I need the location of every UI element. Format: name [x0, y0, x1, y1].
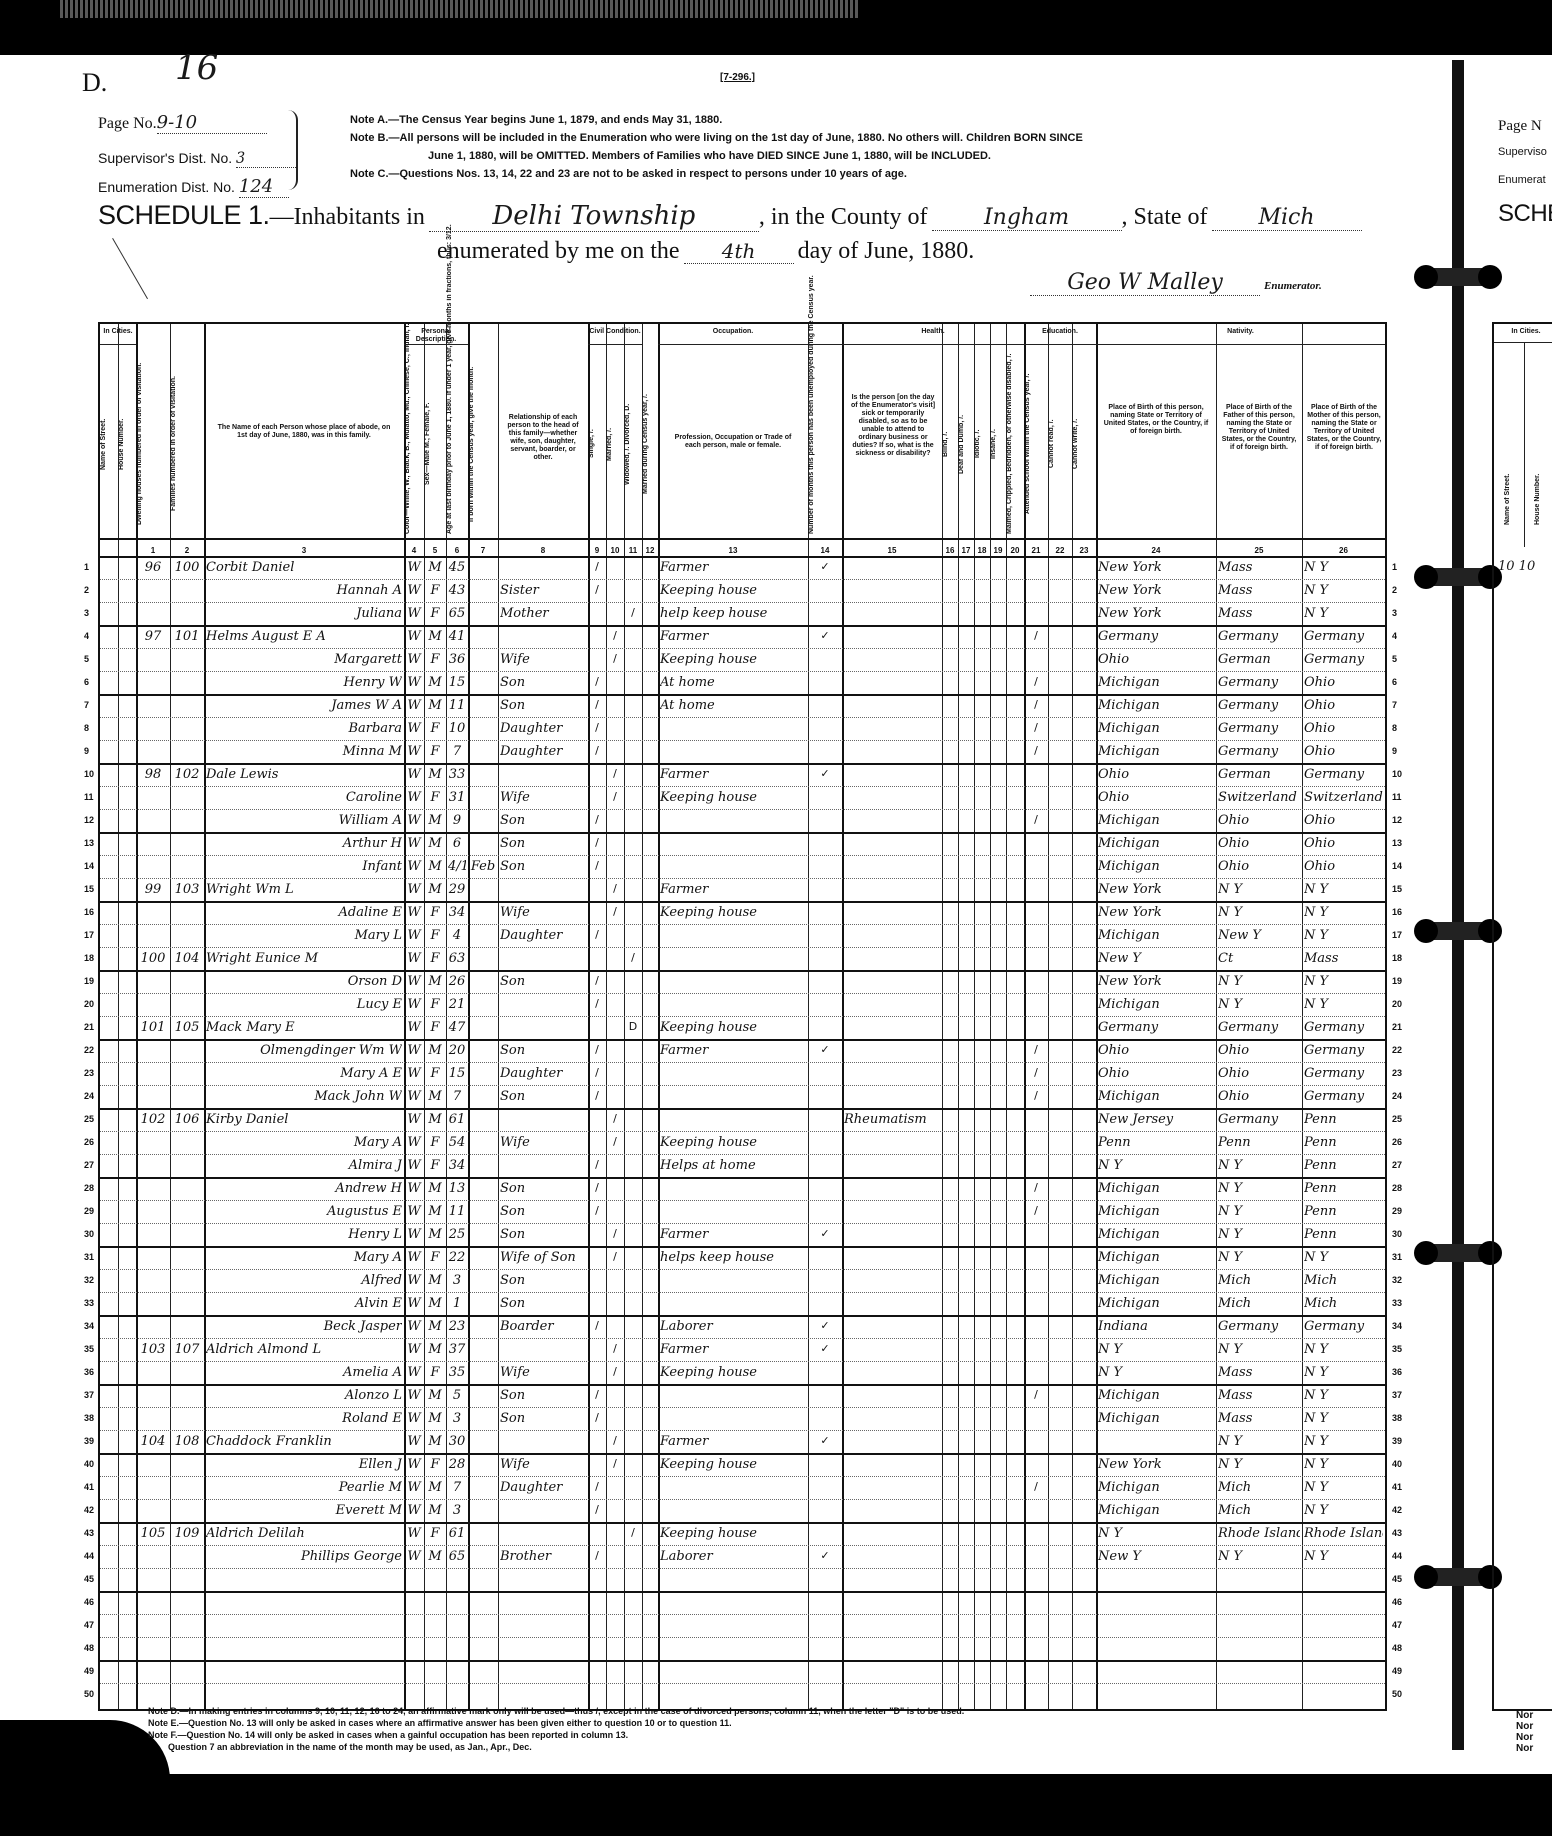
cell-birth: New York [1098, 974, 1214, 989]
divider [1494, 342, 1552, 343]
cell-sex: F [426, 928, 444, 943]
table-row: Mary A EWF15Daughter//OhioOhioGermany [100, 1062, 1385, 1085]
cell-rel: Brother [500, 1549, 586, 1564]
cell-mother: Ohio [1304, 813, 1383, 828]
cell-color: W [406, 1043, 422, 1058]
line-number: 39 [84, 1436, 94, 1446]
cell-birth: Michigan [1098, 675, 1214, 690]
cell-color: W [406, 652, 422, 667]
line-number: 32 [1392, 1275, 1402, 1285]
cell-father: Ohio [1218, 836, 1300, 851]
header-occupation-group: Occupation. [658, 328, 808, 336]
cell-widowed: / [626, 1526, 640, 1539]
cell-occupation: Farmer [660, 560, 806, 575]
header-family: Families numbered in order of visitation… [170, 354, 204, 534]
cell-rel: Boarder [500, 1319, 586, 1334]
cell-unemployed: ✓ [810, 1319, 840, 1332]
cell-father: Germany [1218, 721, 1300, 736]
cell-occupation: Farmer [660, 1434, 806, 1449]
cell-color: W [406, 721, 422, 736]
cell-rel: Mother [500, 606, 586, 621]
supervisor-field: Supervisor's Dist. No. 3 [98, 148, 296, 168]
line-number: 40 [1392, 1459, 1402, 1469]
scan-dark-corner [0, 1720, 170, 1836]
cell-name: Aldrich Delilah [206, 1526, 402, 1541]
cell-color: W [406, 1549, 422, 1564]
column-number: 19 [990, 546, 1006, 555]
cell-birth: Michigan [1098, 859, 1214, 874]
cell-age: 3 [448, 1411, 466, 1426]
cell-unemployed: ✓ [810, 1434, 840, 1447]
cell-name: Helms August E A [206, 629, 402, 644]
line-number: 11 [84, 792, 94, 802]
cell-sex: M [426, 629, 444, 644]
note-d: Note D.—In making entries in columns 9, … [148, 1706, 964, 1716]
cell-birth: Ohio [1098, 767, 1214, 782]
cell-birth: Michigan [1098, 997, 1214, 1012]
line-number: 25 [84, 1114, 94, 1124]
form-number: [7-296.] [720, 72, 755, 83]
next-enum-label: Enumerat [1498, 174, 1546, 186]
cell-family: 106 [172, 1112, 202, 1127]
cell-rel: Wife [500, 1365, 586, 1380]
line-number: 49 [1392, 1666, 1402, 1676]
cell-age: 33 [448, 767, 466, 782]
header-in-cities: In Cities. [100, 328, 136, 336]
cell-father: Ohio [1218, 859, 1300, 874]
cell-age: 31 [448, 790, 466, 805]
cell-name: Everett M [206, 1503, 402, 1518]
header-occupation: Profession, Occupation or Trade of each … [666, 434, 800, 450]
cell-birth: Michigan [1098, 1204, 1214, 1219]
cell-name: Arthur H [206, 836, 402, 851]
cell-rel: Daughter [500, 1066, 586, 1081]
line-number: 38 [84, 1413, 94, 1423]
cell-married: / [608, 1227, 622, 1240]
cell-birth: Michigan [1098, 698, 1214, 713]
cell-age: 11 [448, 698, 466, 713]
cell-sex: M [426, 1043, 444, 1058]
cell-color: W [406, 1181, 422, 1196]
line-number: 15 [1392, 884, 1402, 894]
cell-married: / [608, 1342, 622, 1355]
inhabitants-label: —Inhabitants in [270, 204, 425, 230]
header-blind: Blind, /. [942, 354, 958, 534]
cell-birth: N Y [1098, 1526, 1214, 1541]
table-row: 96100Corbit DanielWM45/Farmer✓New YorkMa… [100, 556, 1385, 579]
cell-age: 47 [448, 1020, 466, 1035]
line-number: 20 [84, 999, 94, 1009]
cell-color: W [406, 629, 422, 644]
cell-birth: New York [1098, 882, 1214, 897]
line-number: 49 [84, 1666, 94, 1676]
cell-sex: F [426, 721, 444, 736]
table-row: William AWM9Son//MichiganOhioOhio [100, 809, 1385, 832]
cell-unemployed: ✓ [810, 629, 840, 642]
cell-married: / [608, 882, 622, 895]
table-row: InfantWM4/12FebSon/MichiganOhioOhio [100, 855, 1385, 878]
cell-age: 54 [448, 1135, 466, 1150]
cell-birth: New York [1098, 560, 1214, 575]
table-row: Alonzo LWM5Son//MichiganMassN Y [100, 1384, 1385, 1407]
cell-age: 37 [448, 1342, 466, 1357]
cell-age: 7 [448, 1480, 466, 1495]
cell-color: W [406, 859, 422, 874]
cell-occupation: Farmer [660, 629, 806, 644]
cell-color: W [406, 905, 422, 920]
group-divider [588, 344, 642, 345]
line-number: 15 [84, 884, 94, 894]
header-dwelling: Dwelling houses numbered in order of vis… [136, 354, 170, 534]
cell-age: 61 [448, 1112, 466, 1127]
cell-father: N Y [1218, 905, 1300, 920]
column-number: 11 [624, 546, 642, 555]
cell-mother: N Y [1304, 997, 1383, 1012]
cell-father: Germany [1218, 698, 1300, 713]
cell-birth: Michigan [1098, 721, 1214, 736]
column-number: 4 [404, 546, 424, 555]
line-number: 47 [1392, 1620, 1402, 1630]
cell-sex: F [426, 951, 444, 966]
cell-age: 3 [448, 1503, 466, 1518]
cell-married: / [608, 652, 622, 665]
line-number: 19 [84, 976, 94, 986]
cell-sex: M [426, 1112, 444, 1127]
cell-family: 103 [172, 882, 202, 897]
table-row: Arthur HWM6Son/MichiganOhioOhio [100, 832, 1385, 855]
cell-sex: F [426, 1365, 444, 1380]
schedule-label: SCHEDULE 1. [98, 200, 270, 230]
cell-sex: M [426, 974, 444, 989]
cell-name: Orson D [206, 974, 402, 989]
cell-mother: Germany [1304, 767, 1383, 782]
page-no-field: Page No.9-10 [98, 112, 267, 134]
header-deaf: Deaf and Dumb, /. [958, 354, 974, 534]
enumeration-date: enumerated by me on the 4th day of June,… [437, 238, 974, 265]
table-row: Andrew HWM13Son//MichiganN YPenn [100, 1177, 1385, 1200]
cell-mother: N Y [1304, 1365, 1383, 1380]
cell-family: 105 [172, 1020, 202, 1035]
line-number: 26 [84, 1137, 94, 1147]
cell-father: N Y [1218, 1227, 1300, 1242]
cell-color: W [406, 1319, 422, 1334]
cell-single: / [590, 1480, 604, 1493]
cell-rel: Son [500, 1089, 586, 1104]
table-row: Orson DWM26Son/New YorkN YN Y [100, 970, 1385, 993]
cell-family: 101 [172, 629, 202, 644]
cell-mother: Ohio [1304, 744, 1383, 759]
cell-sex: M [426, 1227, 444, 1242]
cell-rel: Son [500, 859, 586, 874]
header-maimed: Maimed, Crippled, Bedridden, or otherwis… [1006, 354, 1024, 534]
cell-occupation: Laborer [660, 1319, 806, 1334]
cell-birth: New Jersey [1098, 1112, 1214, 1127]
line-number: 8 [84, 723, 89, 733]
cell-single: / [590, 1503, 604, 1516]
line-number: 32 [84, 1275, 94, 1285]
cell-age: 41 [448, 629, 466, 644]
cell-mother: N Y [1304, 905, 1383, 920]
column-number: 20 [1006, 546, 1024, 555]
cell-single: / [590, 928, 604, 941]
next-schedule-label: SCHE [1498, 200, 1552, 228]
column-number: 15 [842, 546, 942, 555]
cell-rel: Wife of Son [500, 1250, 586, 1265]
cell-dwelling: 102 [138, 1112, 168, 1127]
cell-married: / [608, 1135, 622, 1148]
enumerated-label: enumerated by me on the [437, 238, 680, 264]
column-number: 2 [170, 546, 204, 555]
cell-single: / [590, 744, 604, 757]
note-g: Question 7 an abbreviation in the name o… [168, 1742, 532, 1752]
line-number: 50 [1392, 1689, 1402, 1699]
enumerator-signature: Geo W Malley [1030, 270, 1260, 296]
cell-father: Penn [1218, 1135, 1300, 1150]
header-color: Color—White, W.; Black, B.; Mulatto, Mu.… [404, 354, 424, 534]
line-number: 23 [84, 1068, 94, 1078]
cell-sex: F [426, 997, 444, 1012]
column-number: 3 [204, 546, 404, 555]
cell-color: W [406, 974, 422, 989]
cell-dwelling: 101 [138, 1020, 168, 1035]
cell-birth: N Y [1098, 1365, 1214, 1380]
cell-single: / [590, 675, 604, 688]
cell-mother: Germany [1304, 1066, 1383, 1081]
cell-father: N Y [1218, 1158, 1300, 1173]
cell-name: Aldrich Almond L [206, 1342, 402, 1357]
cell-birth: Michigan [1098, 1388, 1214, 1403]
cell-birth: Germany [1098, 629, 1214, 644]
cell-mother: N Y [1304, 1250, 1383, 1265]
county-value: Ingham [932, 205, 1122, 231]
cell-age: 34 [448, 905, 466, 920]
cell-name: James W A [206, 698, 402, 713]
cell-birth: Michigan [1098, 1273, 1214, 1288]
cell-occupation: At home [660, 698, 806, 713]
cell-unemployed: ✓ [810, 560, 840, 573]
cell-married: / [608, 1112, 622, 1125]
cell-mother: Germany [1304, 1319, 1383, 1334]
cell-mother: N Y [1304, 560, 1383, 575]
line-number: 46 [1392, 1597, 1402, 1607]
cell-mother: N Y [1304, 1411, 1383, 1426]
cell-color: W [406, 1227, 422, 1242]
cell-birth: Ohio [1098, 652, 1214, 667]
group-divider [1096, 344, 1385, 345]
line-number: 34 [1392, 1321, 1402, 1331]
cell-age: 20 [448, 1043, 466, 1058]
cell-name: Chaddock Franklin [206, 1434, 402, 1449]
table-row: Hannah AWF43Sister/Keeping houseNew York… [100, 579, 1385, 602]
page-no-value: 9-10 [157, 112, 267, 134]
line-number: 21 [84, 1022, 94, 1032]
cell-age: 63 [448, 951, 466, 966]
cell-birth: Michigan [1098, 836, 1214, 851]
cell-sex: F [426, 583, 444, 598]
cell-age: 7 [448, 744, 466, 759]
cell-color: W [406, 1526, 422, 1541]
header-personal: Personal Description. [404, 328, 468, 344]
line-number: 1 [84, 562, 89, 572]
line-number: 29 [84, 1206, 94, 1216]
next-street: Name of Street. [1504, 454, 1512, 544]
table-row: Mary AWF22Wife of Son/helps keep houseMi… [100, 1246, 1385, 1269]
divider [1524, 342, 1525, 547]
table-row: Mack John WWM7Son//MichiganOhioGermany [100, 1085, 1385, 1108]
state-value: Mich [1212, 205, 1362, 231]
cell-dwelling: 100 [138, 951, 168, 966]
column-number: 17 [958, 546, 974, 555]
cell-single: / [590, 1089, 604, 1102]
line-number: 9 [1392, 746, 1397, 756]
cell-mother: Switzerland [1304, 790, 1383, 805]
cell-rel: Daughter [500, 1480, 586, 1495]
supervisor-label: Supervisor's Dist. No. [98, 150, 232, 166]
cell-name: Olmengdinger Wm W [206, 1043, 402, 1058]
note-a: Note A.—The Census Year begins June 1, 1… [350, 114, 722, 126]
note-b-line1: Note B.—All persons will be included in … [350, 132, 1083, 144]
table-row: JulianaWF65Mother/help keep houseNew Yor… [100, 602, 1385, 625]
line-number: 48 [84, 1643, 94, 1653]
header-health: Health. [842, 328, 1024, 336]
cell-widowed: / [626, 951, 640, 964]
cell-father: N Y [1218, 1549, 1300, 1564]
cell-color: W [406, 1135, 422, 1150]
cell-father: Ct [1218, 951, 1300, 966]
column-number: 22 [1048, 546, 1072, 555]
cell-mother: N Y [1304, 583, 1383, 598]
cell-sex: M [426, 1549, 444, 1564]
cell-birth: Ohio [1098, 1043, 1214, 1058]
cell-age: 26 [448, 974, 466, 989]
header-birth-father: Place of Birth of the Father of this per… [1220, 404, 1298, 452]
cell-sex: F [426, 1020, 444, 1035]
line-number: 30 [1392, 1229, 1402, 1239]
line-number: 4 [84, 631, 89, 641]
cell-school: / [1026, 1204, 1046, 1217]
cell-mother: N Y [1304, 928, 1383, 943]
header-nativity: Nativity. [1096, 328, 1385, 336]
cell-name: Mary A E [206, 1066, 402, 1081]
line-number: 5 [1392, 654, 1397, 664]
cell-age: 23 [448, 1319, 466, 1334]
table-row: Roland EWM3Son/MichiganMassN Y [100, 1407, 1385, 1430]
cell-color: W [406, 1296, 422, 1311]
line-number: 27 [84, 1160, 94, 1170]
cell-name: Mary A [206, 1250, 402, 1265]
table-row: 97101Helms August E AWM41/Farmer✓/German… [100, 625, 1385, 648]
line-number: 42 [84, 1505, 94, 1515]
cell-mother: Ohio [1304, 698, 1383, 713]
cell-birth: Michigan [1098, 928, 1214, 943]
cell-mother: Germany [1304, 652, 1383, 667]
line-number: 37 [84, 1390, 94, 1400]
cell-father: Germany [1218, 1319, 1300, 1334]
cell-father: N Y [1218, 1457, 1300, 1472]
next-page-no-label: Page N [1498, 118, 1542, 135]
column-number: 7 [468, 546, 498, 555]
cell-mother: Ohio [1304, 721, 1383, 736]
cell-name: Ellen J [206, 1457, 402, 1472]
cell-single: / [590, 1204, 604, 1217]
table-row: 105109Aldrich DelilahWF61/Keeping houseN… [100, 1522, 1385, 1545]
cell-rel: Sister [500, 583, 586, 598]
cell-father: Mass [1218, 1388, 1300, 1403]
cell-age: 15 [448, 1066, 466, 1081]
line-number: 46 [84, 1597, 94, 1607]
cell-rel: Daughter [500, 721, 586, 736]
header-cannot-read: Cannot read, /. [1048, 354, 1072, 534]
next-note: Nor [1516, 1743, 1533, 1754]
cell-name: Beck Jasper [206, 1319, 402, 1334]
cell-name: Henry L [206, 1227, 402, 1242]
line-number: 4 [1392, 631, 1397, 641]
group-divider [100, 344, 136, 345]
cell-birth: Michigan [1098, 1227, 1214, 1242]
cell-color: W [406, 1250, 422, 1265]
enumerator-field: Geo W Malley Enumerator. [1030, 270, 1322, 296]
cell-father: Germany [1218, 675, 1300, 690]
cell-sex: M [426, 698, 444, 713]
cell-rel: Son [500, 974, 586, 989]
cell-age: 4 [448, 928, 466, 943]
cell-sex: F [426, 790, 444, 805]
cell-name: Infant [206, 859, 402, 874]
cell-single: / [590, 1158, 604, 1171]
table-row: 101105Mack Mary EWF47DKeeping houseGerma… [100, 1016, 1385, 1039]
cell-color: W [406, 1112, 422, 1127]
cell-color: W [406, 1365, 422, 1380]
cell-color: W [406, 1388, 422, 1403]
place-value: Delhi Township [429, 201, 759, 232]
cell-father: Mich [1218, 1480, 1300, 1495]
cell-father: N Y [1218, 1204, 1300, 1219]
cell-single: / [590, 813, 604, 826]
cell-rel: Wife [500, 652, 586, 667]
group-divider [404, 344, 468, 345]
cell-name: Andrew H [206, 1181, 402, 1196]
cell-school: / [1026, 698, 1046, 711]
cell-age: 29 [448, 882, 466, 897]
table-row: 99103Wright Wm LWM29/FarmerNew YorkN YN … [100, 878, 1385, 901]
cell-age: 5 [448, 1388, 466, 1403]
table-row: Almira JWF34/Helps at homeN YN YPenn [100, 1154, 1385, 1177]
cell-father: Mich [1218, 1273, 1300, 1288]
note-b-line2: June 1, 1880, will be OMITTED. Members o… [428, 150, 991, 162]
binder-spine [1452, 60, 1464, 1750]
line-number: 2 [1392, 585, 1397, 595]
header-born-month: If born within the Census year, give the… [468, 354, 498, 534]
next-note: Nor [1516, 1710, 1533, 1721]
cell-sex: M [426, 1273, 444, 1288]
table-row [100, 1568, 1385, 1591]
cell-color: W [406, 1273, 422, 1288]
cell-age: 65 [448, 606, 466, 621]
line-number: 35 [1392, 1344, 1402, 1354]
cell-name: Wright Eunice M [206, 951, 402, 966]
cell-color: W [406, 1411, 422, 1426]
cell-sex: M [426, 1181, 444, 1196]
column-number: 5 [424, 546, 446, 555]
table-row: Pearlie MWM7Daughter//MichiganMichN Y [100, 1476, 1385, 1499]
scan-bottom-border [0, 1774, 1552, 1836]
cell-rel: Daughter [500, 928, 586, 943]
cell-father: Germany [1218, 629, 1300, 644]
cell-name: Henry W [206, 675, 402, 690]
table-row: AlfredWM3SonMichiganMichMich [100, 1269, 1385, 1292]
cell-color: W [406, 928, 422, 943]
cell-occupation: Keeping house [660, 1020, 806, 1035]
